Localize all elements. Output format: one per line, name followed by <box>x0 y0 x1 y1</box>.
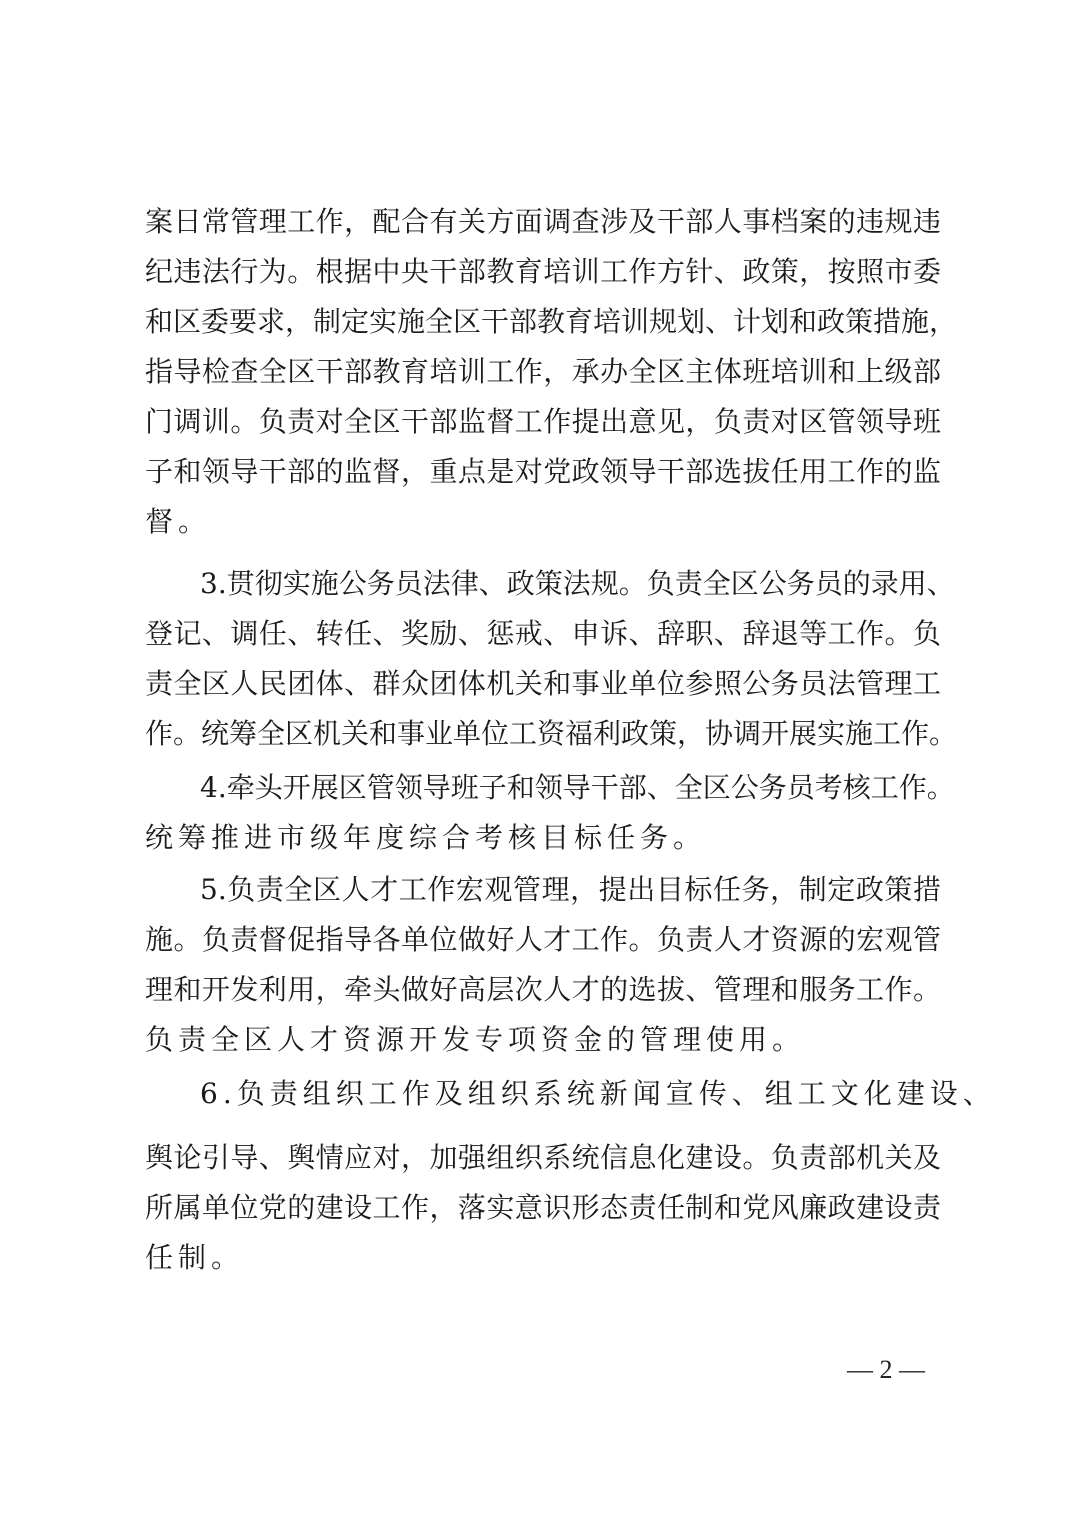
text-line: 责全区人民团体、群众团体机关和事业单位参照公务员法管理工 <box>145 666 941 702</box>
text-line: 负责全区人才资源开发专项资金的管理使用。 <box>145 1022 941 1058</box>
page-number: — 2 — <box>836 1352 936 1388</box>
text-line: 和区委要求，制定实施全区干部教育培训规划、计划和政策措施， <box>145 304 941 340</box>
text-line: 舆论引导、舆情应对，加强组织系统信息化建设。负责部机关及 <box>145 1140 941 1176</box>
text-line: 子和领导干部的监督，重点是对党政领导干部选拔任用工作的监 <box>145 454 941 490</box>
text-line: 5.负责全区人才工作宏观管理，提出目标任务，制定政策措 <box>200 872 941 908</box>
text-line: 指导检查全区干部教育培训工作，承办全区主体班培训和上级部 <box>145 354 941 390</box>
text-line: 案日常管理工作，配合有关方面调查涉及干部人事档案的违规违 <box>145 204 941 240</box>
text-line: 3.贯彻实施公务员法律、政策法规。负责全区公务员的录用、 <box>200 566 941 602</box>
text-line: 任制。 <box>145 1240 941 1276</box>
document-page: 案日常管理工作，配合有关方面调查涉及干部人事档案的违规违纪违法行为。根据中央干部… <box>0 0 1074 1520</box>
text-line: 督。 <box>145 504 941 540</box>
text-line: 所属单位党的建设工作，落实意识形态责任制和党风廉政建设责 <box>145 1190 941 1226</box>
text-line: 统筹推进市级年度综合考核目标任务。 <box>145 820 941 856</box>
text-line: 纪违法行为。根据中央干部教育培训工作方针、政策，按照市委 <box>145 254 941 290</box>
text-line: 4.牵头开展区管领导班子和领导干部、全区公务员考核工作。 <box>200 770 941 806</box>
text-line: 理和开发利用，牵头做好高层次人才的选拔、管理和服务工作。 <box>145 972 941 1008</box>
text-line: 6.负责组织工作及组织系统新闻宣传、组工文化建设、 <box>200 1076 941 1112</box>
text-line: 登记、调任、转任、奖励、惩戒、申诉、辞职、辞退等工作。负 <box>145 616 941 652</box>
text-line: 作。统筹全区机关和事业单位工资福利政策，协调开展实施工作。 <box>145 716 941 752</box>
text-line: 门调训。负责对全区干部监督工作提出意见，负责对区管领导班 <box>145 404 941 440</box>
text-line: 施。负责督促指导各单位做好人才工作。负责人才资源的宏观管 <box>145 922 941 958</box>
